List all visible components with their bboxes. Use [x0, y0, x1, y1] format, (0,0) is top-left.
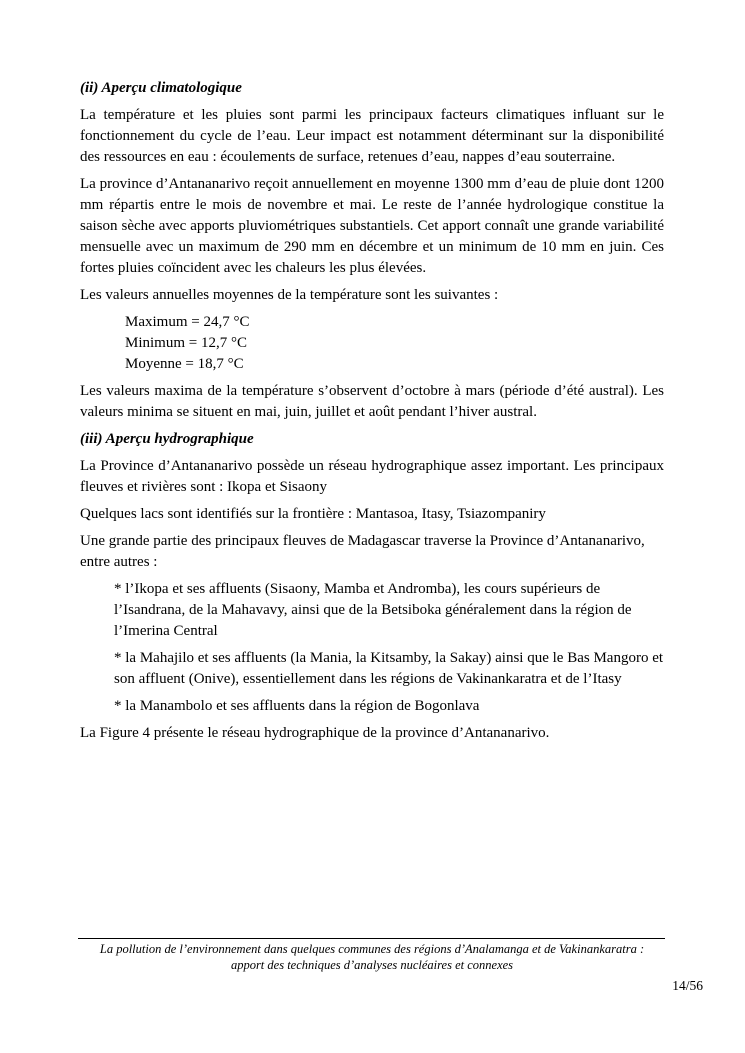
section-heading-apercu-hydrographique: (iii) Aperçu hydrographique — [80, 429, 664, 450]
paragraph-temperature-intro: Les valeurs annuelles moyennes de la tem… — [80, 285, 664, 306]
document-page: (ii) Aperçu climatologique La températur… — [0, 0, 745, 1053]
bullet-item-manambolo: * la Manambolo et ses affluents dans la … — [114, 696, 664, 717]
paragraph-climate-intro: La température et les pluies sont parmi … — [80, 105, 664, 168]
temperature-maximum-value: Maximum = 24,7 °C — [125, 312, 664, 333]
footer-title-line2: apport des techniques d’analyses nucléai… — [80, 957, 664, 973]
paragraph-hydro-network: La Province d’Antananarivo possède un ré… — [80, 456, 664, 498]
paragraph-temperature-seasons: Les valeurs maxima de la température s’o… — [80, 381, 664, 423]
footer-title-line1: La pollution de l’environnement dans que… — [80, 941, 664, 957]
page-number: 14/56 — [672, 977, 703, 995]
paragraph-hydro-lakes: Quelques lacs sont identifiés sur la fro… — [80, 504, 664, 525]
paragraph-climate-rainfall: La province d’Antananarivo reçoit annuel… — [80, 174, 664, 279]
bullet-item-mahajilo: * la Mahajilo et ses affluents (la Mania… — [114, 648, 664, 690]
page-content: (ii) Aperçu climatologique La températur… — [80, 78, 664, 750]
bullet-item-ikopa: * l’Ikopa et ses affluents (Sisaony, Mam… — [114, 579, 664, 642]
paragraph-figure-reference: La Figure 4 présente le réseau hydrograp… — [80, 723, 664, 744]
river-bullet-list: * l’Ikopa et ses affluents (Sisaony, Mam… — [80, 579, 664, 717]
section-heading-apercu-climatologique: (ii) Aperçu climatologique — [80, 78, 664, 99]
temperature-values-list: Maximum = 24,7 °C Minimum = 12,7 °C Moye… — [125, 312, 664, 375]
page-footer: La pollution de l’environnement dans que… — [80, 941, 664, 973]
temperature-average-value: Moyenne = 18,7 °C — [125, 354, 664, 375]
paragraph-hydro-rivers-intro: Une grande partie des principaux fleuves… — [80, 531, 664, 573]
temperature-minimum-value: Minimum = 12,7 °C — [125, 333, 664, 354]
footer-divider — [78, 938, 665, 939]
